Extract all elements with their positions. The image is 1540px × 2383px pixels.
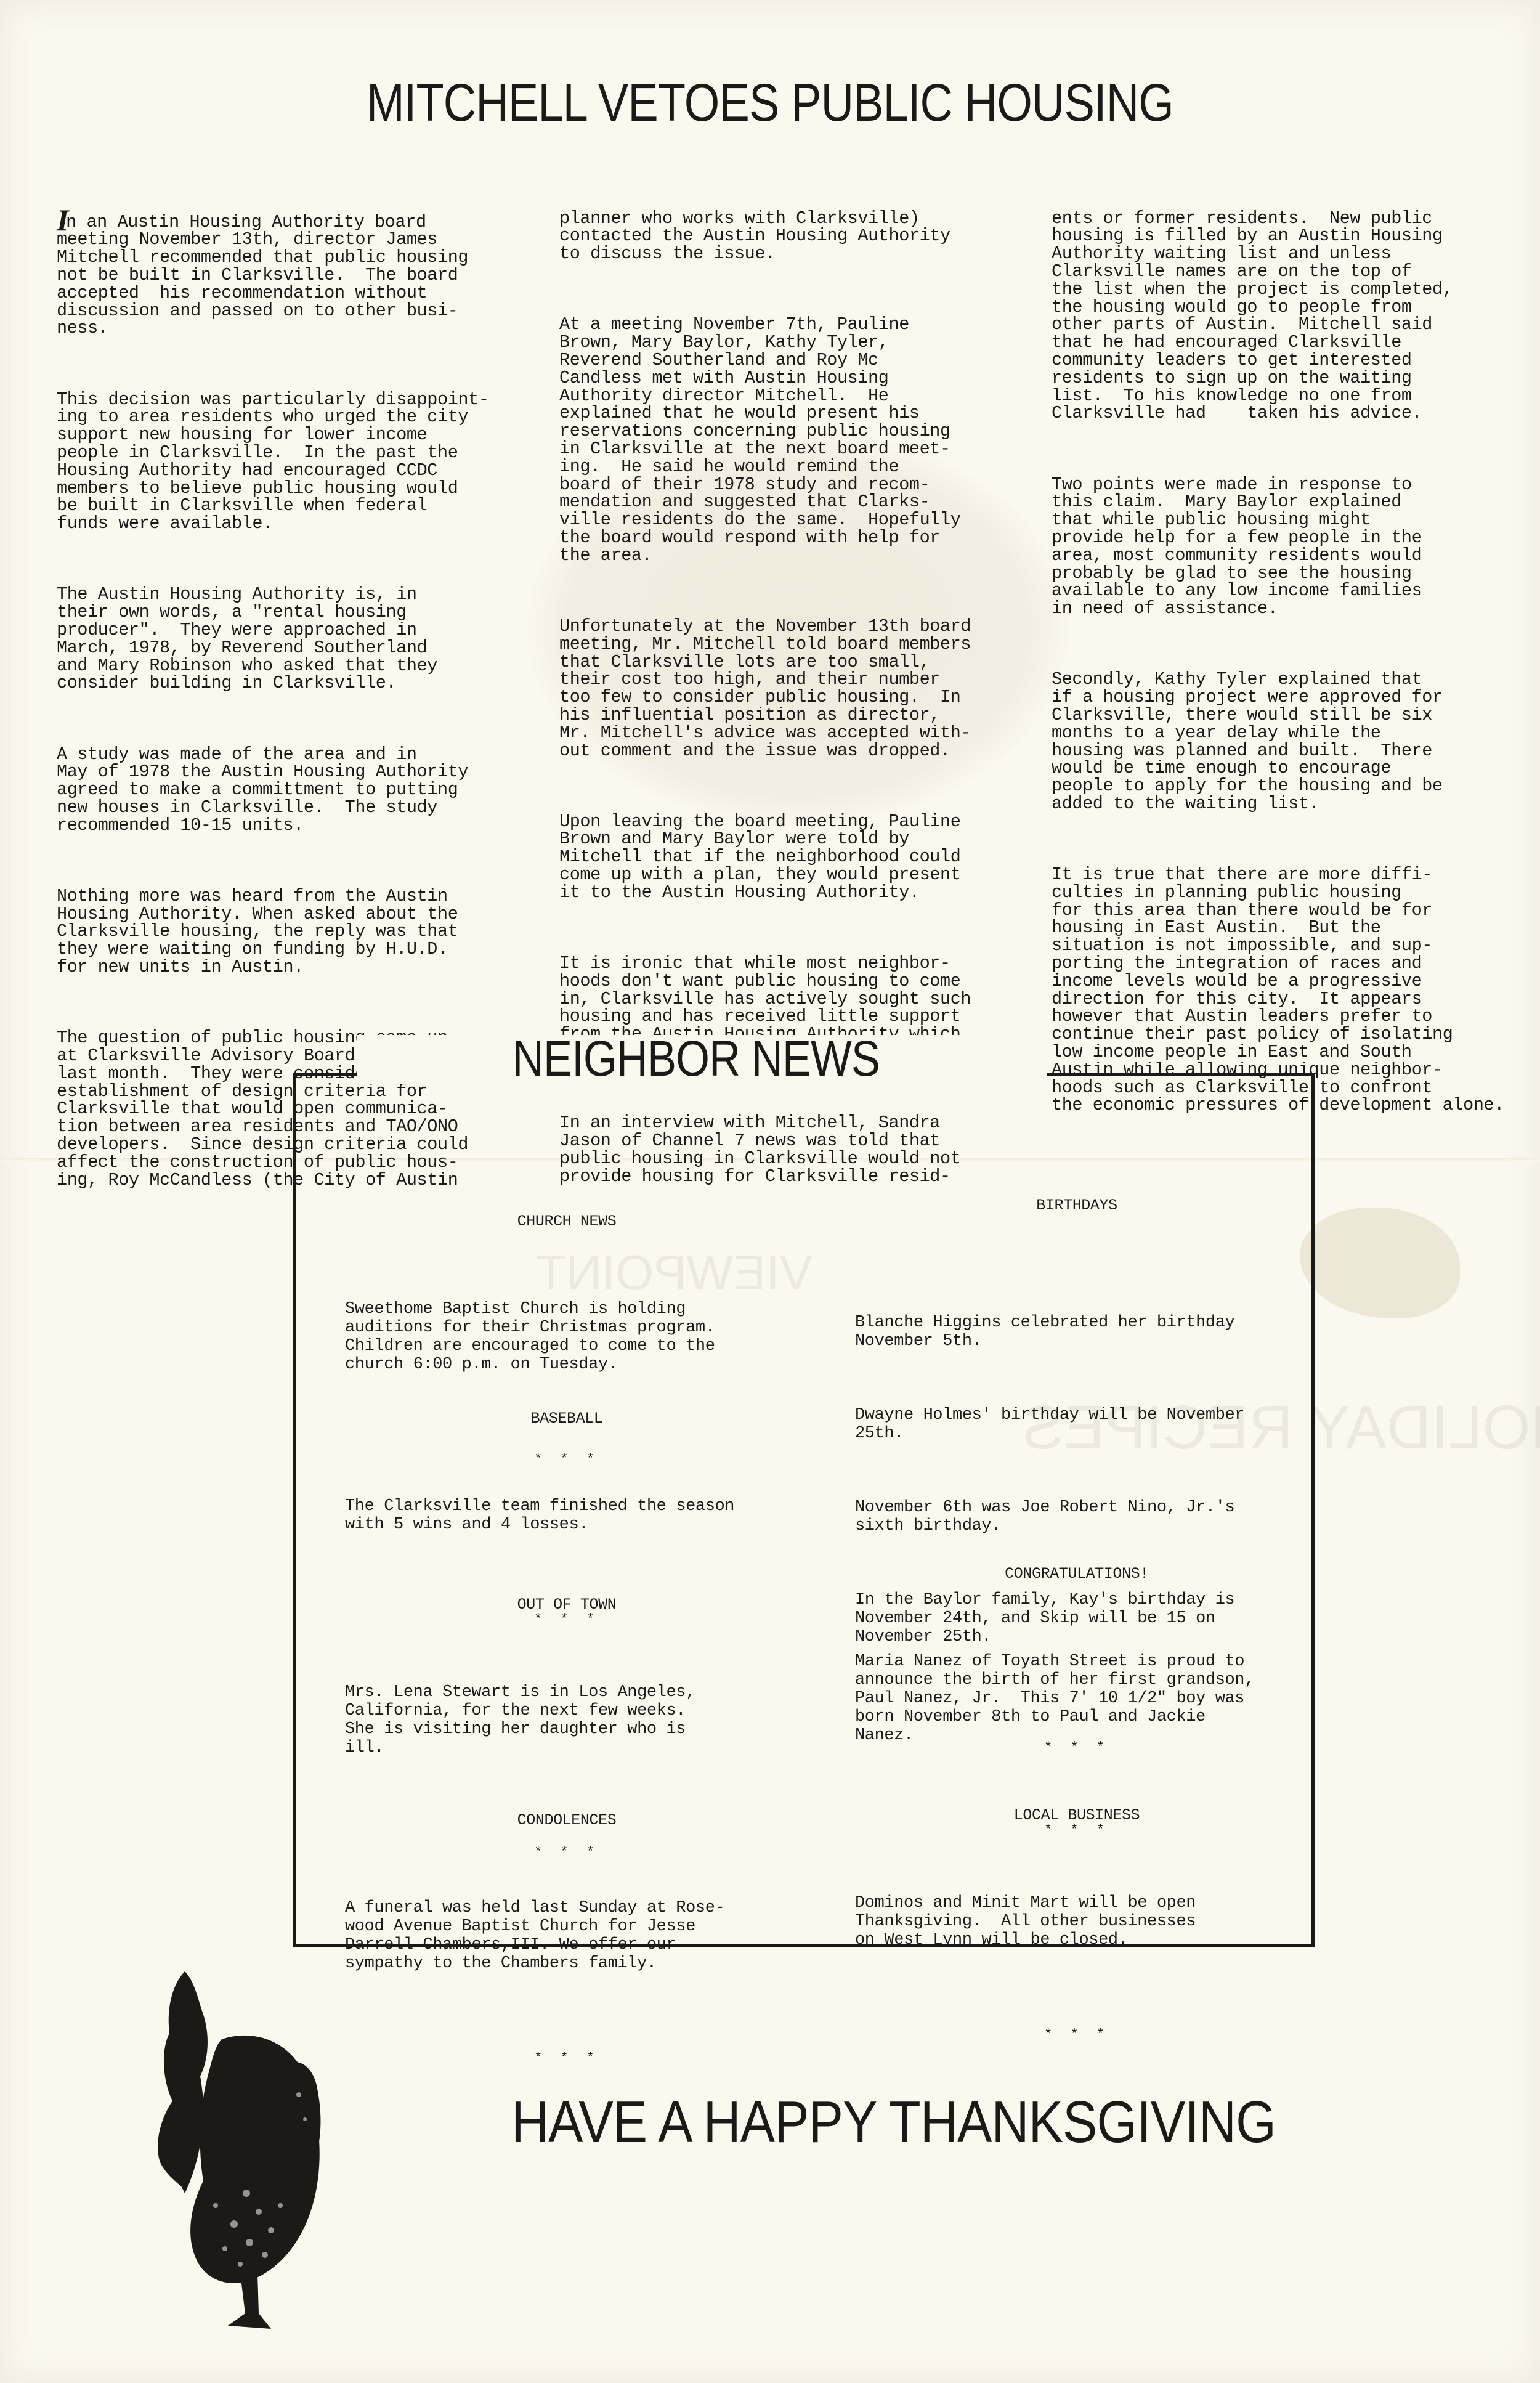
thanksgiving-greeting: HAVE A HAPPY THANKSGIVING: [511, 2089, 1324, 2156]
news-section-local-business: LOCAL BUSINESS Dominos and Minit Mart wi…: [855, 1769, 1299, 2063]
article-column-3: ents or former residents. New public hou…: [1052, 174, 1504, 1150]
section-heading: CONGRATULATIONS!: [855, 1565, 1299, 1583]
section-heading: LOCAL BUSINESS: [855, 1806, 1299, 1825]
section-body: Dominos and Minit Mart will be open Than…: [855, 1894, 1299, 1949]
article-paragraph: Nothing more was heard from the Austin H…: [57, 888, 489, 976]
article-paragraph: This decision was particularly disappoin…: [57, 391, 489, 533]
headline: MITCHELL VETOES PUBLIC HOUSING: [320, 73, 1220, 134]
article-paragraph: Upon leaving the board meeting, Pauline …: [559, 813, 981, 902]
section-heading: BASEBALL: [345, 1410, 788, 1428]
section-heading: OUT OF TOWN: [345, 1596, 788, 1614]
turkey-illustration: [148, 1959, 333, 2335]
article-paragraph: Two points were made in response to this…: [1052, 476, 1504, 618]
section-body: Mrs. Lena Stewart is in Los Angeles, Cal…: [345, 1683, 788, 1757]
section-body: The Clarksville team finished the season…: [345, 1497, 788, 1534]
news-section-condolences: CONDOLENCES A funeral was held last Sund…: [345, 1774, 788, 2086]
background-stain: [1300, 1208, 1460, 1318]
section-body: Sweethome Baptist Church is holding audi…: [345, 1300, 788, 1374]
article-paragraph: A study was made of the area and in May …: [57, 746, 489, 835]
article-paragraph: ents or former residents. New public hou…: [1052, 210, 1504, 423]
article-paragraph: In an Austin Housing Authority board mee…: [57, 210, 489, 338]
drop-cap: I: [57, 214, 68, 226]
neighbor-news-title: NEIGHBOR NEWS: [415, 1030, 977, 1088]
article-paragraph: At a meeting November 7th, Pauline Brown…: [559, 316, 981, 564]
article-paragraph: The Austin Housing Authority is, in thei…: [57, 586, 489, 692]
section-heading: CONDOLENCES: [345, 1811, 788, 1830]
article-paragraph: Secondly, Kathy Tyler explained that if …: [1052, 671, 1504, 813]
separator-stars: * * *: [345, 2049, 788, 2068]
article-paragraph: Unfortunately at the November 13th board…: [559, 618, 981, 760]
section-body: A funeral was held last Sunday at Rose- …: [345, 1899, 788, 1973]
article-paragraph: planner who works with Clarksville) cont…: [559, 210, 981, 263]
section-heading: BIRTHDAYS: [855, 1196, 1299, 1215]
separator-stars: * * *: [855, 2026, 1299, 2044]
section-heading: CHURCH NEWS: [345, 1212, 788, 1231]
section-body: Maria Nanez of Toyath Street is proud to…: [855, 1652, 1299, 1745]
